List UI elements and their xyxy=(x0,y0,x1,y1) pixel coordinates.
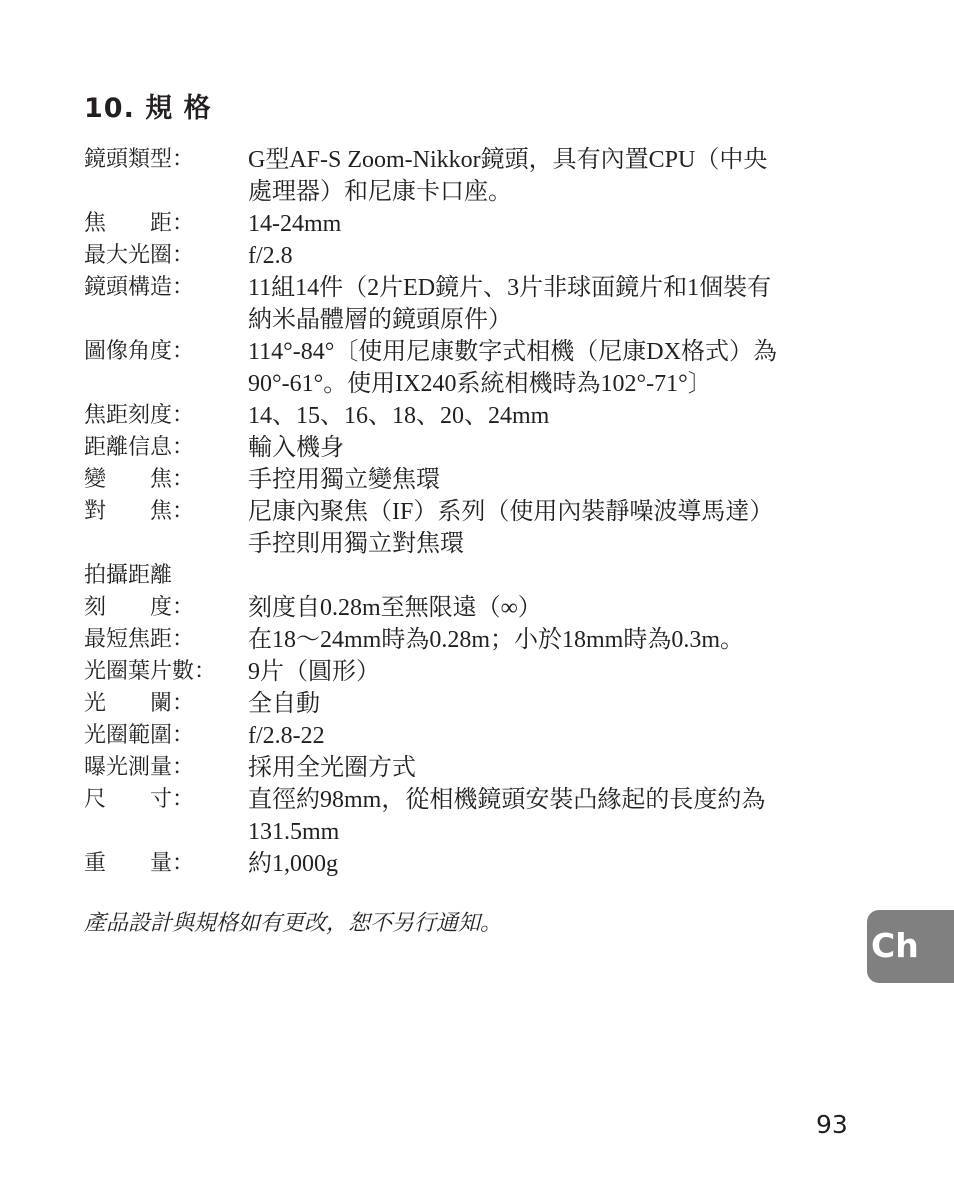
spec-value: 手控用獨立變焦環 xyxy=(248,464,864,496)
spec-value-line: 採用全光圈方式 xyxy=(248,752,864,784)
spec-value-line: 直徑約98mm，從相機鏡頭安裝凸緣起的長度約為 xyxy=(248,784,864,816)
spec-value: 直徑約98mm，從相機鏡頭安裝凸緣起的長度約為 131.5mm xyxy=(248,784,864,848)
spec-value-line: 處理器）和尼康卡口座。 xyxy=(248,176,864,208)
spec-value: 9片（圓形） xyxy=(248,656,864,688)
spec-value: 14-24mm xyxy=(248,208,864,240)
spec-label: 最大光圈： xyxy=(84,240,248,272)
language-tab-chinese: Ch xyxy=(867,910,954,983)
spec-value-line: 9片（圓形） xyxy=(248,656,864,688)
spec-value: 14、15、16、18、20、24mm xyxy=(248,400,864,432)
spec-value: 採用全光圈方式 xyxy=(248,752,864,784)
spec-value-line: 尼康內聚焦（IF）系列（使用內裝靜噪波導馬達） xyxy=(248,496,864,528)
spec-label: 對 焦： xyxy=(84,496,248,528)
spec-row-weight: 重 量： 約1,000g xyxy=(84,848,864,880)
spec-label: 尺 寸： xyxy=(84,784,248,816)
spec-label: 光圈範圍： xyxy=(84,720,248,752)
spec-value-line: 納米晶體層的鏡頭原件） xyxy=(248,304,864,336)
spec-value-line: 輸入機身 xyxy=(248,432,864,464)
spec-row-focal-length-scale: 焦距刻度： 14、15、16、18、20、24mm xyxy=(84,400,864,432)
spec-value: f/2.8-22 xyxy=(248,720,864,752)
spec-value: 全自動 xyxy=(248,688,864,720)
spec-row-picture-angle: 圖像角度： 114°-84°〔使用尼康數字式相機（尼康DX格式）為 90°-61… xyxy=(84,336,864,400)
spec-label: 刻 度： xyxy=(84,592,248,624)
spec-value: 輸入機身 xyxy=(248,432,864,464)
spec-value-line: 在18～24mm時為0.28m；小於18mm時為0.3m。 xyxy=(248,624,864,656)
page-title: 10. 規 格 xyxy=(84,86,212,125)
spec-value-line: 手控用獨立變焦環 xyxy=(248,464,864,496)
spec-value-line: 全自動 xyxy=(248,688,864,720)
spec-value: 尼康內聚焦（IF）系列（使用內裝靜噪波導馬達） 手控則用獨立對焦環 xyxy=(248,496,864,560)
spec-row-max-aperture: 最大光圈： f/2.8 xyxy=(84,240,864,272)
spec-label: 曝光測量： xyxy=(84,752,248,784)
spec-value: 11組14件（2片ED鏡片、3片非球面鏡片和1個裝有 納米晶體層的鏡頭原件） xyxy=(248,272,864,336)
spec-label: 重 量： xyxy=(84,848,248,880)
language-tab-label: Ch xyxy=(871,926,919,965)
spec-value: 114°-84°〔使用尼康數字式相機（尼康DX格式）為 90°-61°。使用IX… xyxy=(248,336,864,400)
spec-row-distance-scale: 刻 度： 刻度自0.28m至無限遠（∞） xyxy=(84,592,864,624)
spec-value-line: 11組14件（2片ED鏡片、3片非球面鏡片和1個裝有 xyxy=(248,272,864,304)
spec-value: 刻度自0.28m至無限遠（∞） xyxy=(248,592,864,624)
spec-value-line: 131.5mm xyxy=(248,816,864,848)
spec-label: 圖像角度： xyxy=(84,336,248,368)
spec-label: 鏡頭構造： xyxy=(84,272,248,304)
spec-row-zoom-control: 變 焦： 手控用獨立變焦環 xyxy=(84,464,864,496)
spec-value-line: f/2.8 xyxy=(248,240,864,272)
spec-row-lens-type: 鏡頭類型： G型AF-S Zoom-Nikkor鏡頭，具有內置CPU（中央 處理… xyxy=(84,144,864,208)
spec-list: 鏡頭類型： G型AF-S Zoom-Nikkor鏡頭，具有內置CPU（中央 處理… xyxy=(84,144,864,880)
spec-row-diaphragm: 光 闌： 全自動 xyxy=(84,688,864,720)
spec-value-line: f/2.8-22 xyxy=(248,720,864,752)
spec-row-focal-length: 焦 距： 14-24mm xyxy=(84,208,864,240)
spec-value-line: 刻度自0.28m至無限遠（∞） xyxy=(248,592,864,624)
spec-value: 在18～24mm時為0.28m；小於18mm時為0.3m。 xyxy=(248,624,864,656)
spec-label: 焦 距： xyxy=(84,208,248,240)
spec-row-exposure-measurement: 曝光測量： 採用全光圈方式 xyxy=(84,752,864,784)
spec-row-focusing: 對 焦： 尼康內聚焦（IF）系列（使用內裝靜噪波導馬達） 手控則用獨立對焦環 xyxy=(84,496,864,560)
spec-value-line: 14、15、16、18、20、24mm xyxy=(248,400,864,432)
spec-label: 最短焦距： xyxy=(84,624,248,656)
spec-value: 約1,000g xyxy=(248,848,864,880)
spec-section-heading: 拍攝距離 xyxy=(84,560,172,592)
spec-label: 光圈葉片數： xyxy=(84,656,248,688)
spec-row-lens-construction: 鏡頭構造： 11組14件（2片ED鏡片、3片非球面鏡片和1個裝有 納米晶體層的鏡… xyxy=(84,272,864,336)
spec-row-dimensions: 尺 寸： 直徑約98mm，從相機鏡頭安裝凸緣起的長度約為 131.5mm xyxy=(84,784,864,848)
spec-value-line: 90°-61°。使用IX240系統相機時為102°-71°〕 xyxy=(248,368,864,400)
page-number: 93 xyxy=(816,1110,848,1139)
spec-row-diaphragm-blades: 光圈葉片數： 9片（圓形） xyxy=(84,656,864,688)
spec-value-line: 約1,000g xyxy=(248,848,864,880)
spec-label: 距離信息： xyxy=(84,432,248,464)
spec-row-distance-info: 距離信息： 輸入機身 xyxy=(84,432,864,464)
spec-label: 鏡頭類型： xyxy=(84,144,248,176)
spec-row-shooting-distance-heading: 拍攝距離 xyxy=(84,560,864,592)
spec-value: f/2.8 xyxy=(248,240,864,272)
spec-row-closest-focus: 最短焦距： 在18～24mm時為0.28m；小於18mm時為0.3m。 xyxy=(84,624,864,656)
disclaimer-note: 產品設計與規格如有更改，恕不另行通知。 xyxy=(84,906,502,937)
spec-value-line: 14-24mm xyxy=(248,208,864,240)
spec-label: 光 闌： xyxy=(84,688,248,720)
spec-value-line: 手控則用獨立對焦環 xyxy=(248,528,864,560)
spec-value-line: 114°-84°〔使用尼康數字式相機（尼康DX格式）為 xyxy=(248,336,864,368)
spec-value: G型AF-S Zoom-Nikkor鏡頭，具有內置CPU（中央 處理器）和尼康卡… xyxy=(248,144,864,208)
spec-row-aperture-range: 光圈範圍： f/2.8-22 xyxy=(84,720,864,752)
spec-value-line: G型AF-S Zoom-Nikkor鏡頭，具有內置CPU（中央 xyxy=(248,144,864,176)
spec-label: 焦距刻度： xyxy=(84,400,248,432)
spec-label: 變 焦： xyxy=(84,464,248,496)
